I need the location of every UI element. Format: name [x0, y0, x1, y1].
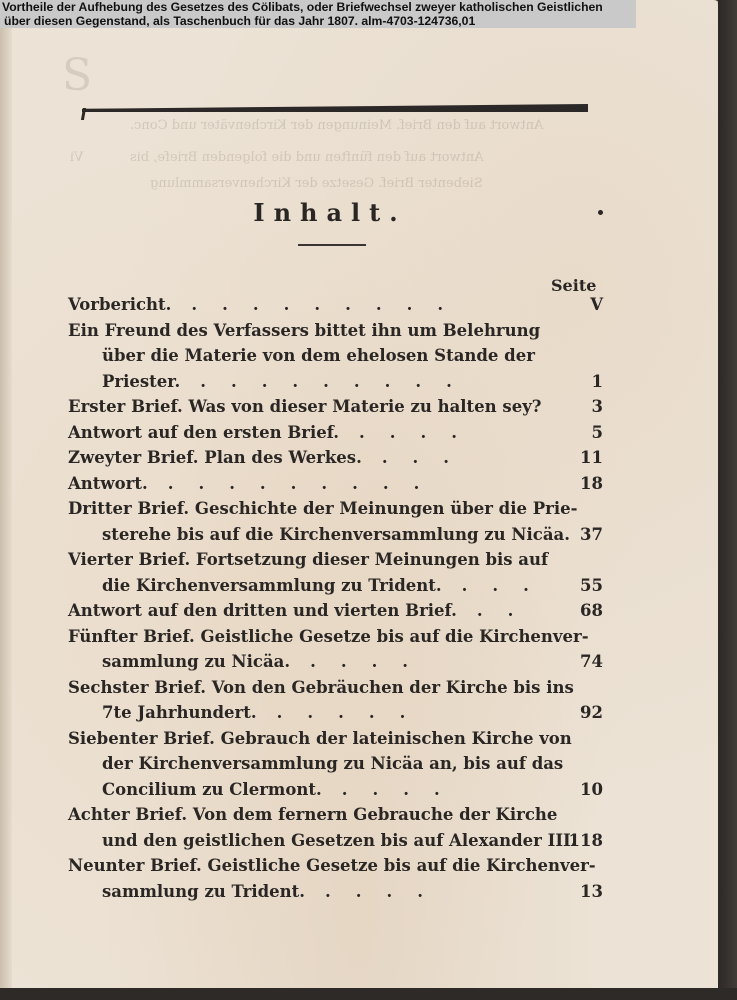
toc-line: und den geistlichen Gesetzen bis auf Ale… [68, 828, 603, 854]
toc-entry: Siebenter Brief. Gebrauch der lateinisch… [68, 726, 603, 803]
toc-entry-text: Priester. [102, 369, 180, 395]
toc-line: Antwort..........18 [68, 471, 603, 497]
page-number: V [590, 292, 603, 318]
page-number: 3 [592, 394, 603, 420]
toc-line: Erster Brief. Was von dieser Materie zu … [68, 394, 603, 420]
page-number: 18 [580, 471, 603, 497]
toc-entry-text: Sechster Brief. Von den Gebräuchen der K… [68, 675, 574, 701]
bleed-through-line: Antwort auf den fünften und die folgende… [130, 150, 484, 165]
toc-entry: Fünfter Brief. Geistliche Gesetze bis au… [68, 624, 603, 675]
toc-entry: Achter Brief. Von dem fernern Gebrauche … [68, 802, 603, 853]
toc-line: Vierter Brief. Fortsetzung dieser Meinun… [68, 547, 603, 573]
toc-entry: Erster Brief. Was von dieser Materie zu … [68, 394, 603, 420]
toc-line: Antwort auf den ersten Brief.....5 [68, 420, 603, 446]
leader-dots: ......... [200, 369, 477, 395]
page-number: 92 [580, 700, 603, 726]
toc-line: Priester..........1 [68, 369, 603, 395]
page-title: Inhalt. [0, 198, 660, 227]
toc-line: Neunter Brief. Geistliche Gesetze bis au… [68, 853, 603, 879]
header-rule [82, 104, 588, 112]
book-cover-bottom [0, 988, 737, 1000]
bleed-through-letter: S [62, 50, 92, 101]
toc-line: Vorbericht..........V [68, 292, 603, 318]
bleed-through-line: Siebenter Brief. Gesetze der Kirchenvers… [150, 176, 483, 191]
toc-entry-text: sammlung zu Nicäa. [102, 649, 290, 675]
leader-dots: ... [382, 445, 474, 471]
toc-entry-text: Erster Brief. Was von dieser Materie zu … [68, 394, 541, 420]
toc-entry: Antwort..........18 [68, 471, 603, 497]
page-edge [0, 0, 12, 988]
toc-line: Achter Brief. Von dem fernern Gebrauche … [68, 802, 603, 828]
toc-entry-text: der Kirchenversammlung zu Nicäa an, bis … [102, 751, 563, 777]
toc-line: die Kirchenversammlung zu Trident....55 [68, 573, 603, 599]
toc-line: Dritter Brief. Geschichte der Meinungen … [68, 496, 603, 522]
title-underline [298, 244, 366, 246]
toc-line: über die Materie von dem ehelosen Stande… [68, 343, 603, 369]
toc-line: Fünfter Brief. Geistliche Gesetze bis au… [68, 624, 603, 650]
toc-entry-text: Antwort auf den ersten Brief. [68, 420, 339, 446]
toc-entry-text: Fünfter Brief. Geistliche Gesetze bis au… [68, 624, 589, 650]
page-number: 118 [569, 828, 603, 854]
leader-dots: ......... [191, 292, 468, 318]
toc-entry: Neunter Brief. Geistliche Gesetze bis au… [68, 853, 603, 904]
bleed-through-line: Antwort auf den Brief. Meinungen der Kir… [130, 118, 543, 133]
toc-entry: Antwort auf den ersten Brief.....5 [68, 420, 603, 446]
toc-line: sammlung zu Trident.....13 [68, 879, 603, 905]
leader-dots: .... [310, 649, 433, 675]
caption-line-1: Vortheile der Aufhebung des Gesetzes des… [2, 0, 636, 14]
page-number: 55 [580, 573, 603, 599]
leader-dots: ......... [168, 471, 445, 497]
book-cover-edge [718, 0, 737, 1000]
toc-entry: Vierter Brief. Fortsetzung dieser Meinun… [68, 547, 603, 598]
toc-entry-text: Neunter Brief. Geistliche Gesetze bis au… [68, 853, 596, 879]
toc-entry-text: Achter Brief. Von dem fernern Gebrauche … [68, 802, 557, 828]
toc-line: der Kirchenversammlung zu Nicäa an, bis … [68, 751, 603, 777]
toc-entry-text: Ein Freund des Verfassers bittet ihn um … [68, 318, 540, 344]
page-number: 37 [580, 522, 603, 548]
page-number: 11 [580, 445, 603, 471]
leader-dots: .... [325, 879, 448, 905]
toc-entry-text: Antwort. [68, 471, 148, 497]
toc-entry-text: die Kirchenversammlung zu Trident. [102, 573, 442, 599]
toc-entry-text: Concilium zu Clermont. [102, 777, 322, 803]
toc-entry: Ein Freund des Verfassers bittet ihn um … [68, 318, 603, 395]
toc-entry: Dritter Brief. Geschichte der Meinungen … [68, 496, 603, 547]
toc-entry-text: über die Materie von dem ehelosen Stande… [102, 343, 535, 369]
page-number: 68 [580, 598, 603, 624]
toc-line: sammlung zu Nicäa.....74 [68, 649, 603, 675]
page-number: 1 [592, 369, 603, 395]
leader-dots: ... [462, 573, 554, 599]
toc-line: sterehe bis auf die Kirchenversammlung z… [68, 522, 603, 548]
toc-line: Zweyter Brief. Plan des Werkes....11 [68, 445, 603, 471]
toc-entry: Antwort auf den dritten und vierten Brie… [68, 598, 603, 624]
leader-dots: ..... [277, 700, 431, 726]
leader-dots: .. [477, 598, 539, 624]
leader-dots: .... [342, 777, 465, 803]
toc-entry-text: und den geistlichen Gesetzen bis auf Ale… [102, 828, 577, 854]
table-of-contents: Vorbericht..........VEin Freund des Verf… [68, 292, 603, 904]
toc-entry-text: Vorbericht. [68, 292, 171, 318]
toc-entry: Zweyter Brief. Plan des Werkes....11 [68, 445, 603, 471]
toc-line: Antwort auf den dritten und vierten Brie… [68, 598, 603, 624]
header-rule-tick [81, 108, 86, 120]
toc-entry-text: Vierter Brief. Fortsetzung dieser Meinun… [68, 547, 548, 573]
ink-dot [598, 210, 603, 215]
toc-entry-text: Antwort auf den dritten und vierten Brie… [68, 598, 457, 624]
page-number: 5 [592, 420, 603, 446]
toc-entry-text: Dritter Brief. Geschichte der Meinungen … [68, 496, 577, 522]
leader-dots: .... [359, 420, 482, 446]
toc-line: Concilium zu Clermont.....10 [68, 777, 603, 803]
toc-entry-text: Zweyter Brief. Plan des Werkes. [68, 445, 362, 471]
toc-entry-text: sterehe bis auf die Kirchenversammlung z… [102, 522, 570, 548]
image-caption: Vortheile der Aufhebung des Gesetzes des… [0, 0, 636, 28]
bleed-through-margin-mark: Vi [70, 150, 83, 165]
toc-line: Siebenter Brief. Gebrauch der lateinisch… [68, 726, 603, 752]
page-number: 13 [580, 879, 603, 905]
toc-line: Sechster Brief. Von den Gebräuchen der K… [68, 675, 603, 701]
toc-entry-text: Siebenter Brief. Gebrauch der lateinisch… [68, 726, 572, 752]
toc-line: 7te Jahrhundert......92 [68, 700, 603, 726]
toc-line: Ein Freund des Verfassers bittet ihn um … [68, 318, 603, 344]
caption-line-2: über diesen Gegenstand, als Taschenbuch … [2, 14, 636, 28]
toc-entry: Vorbericht..........V [68, 292, 603, 318]
page-number: 74 [580, 649, 603, 675]
toc-entry-text: sammlung zu Trident. [102, 879, 305, 905]
toc-entry-text: 7te Jahrhundert. [102, 700, 257, 726]
toc-entry: Sechster Brief. Von den Gebräuchen der K… [68, 675, 603, 726]
page-number: 10 [580, 777, 603, 803]
book-page: S Antwort auf den Brief. Meinungen der K… [0, 0, 720, 988]
